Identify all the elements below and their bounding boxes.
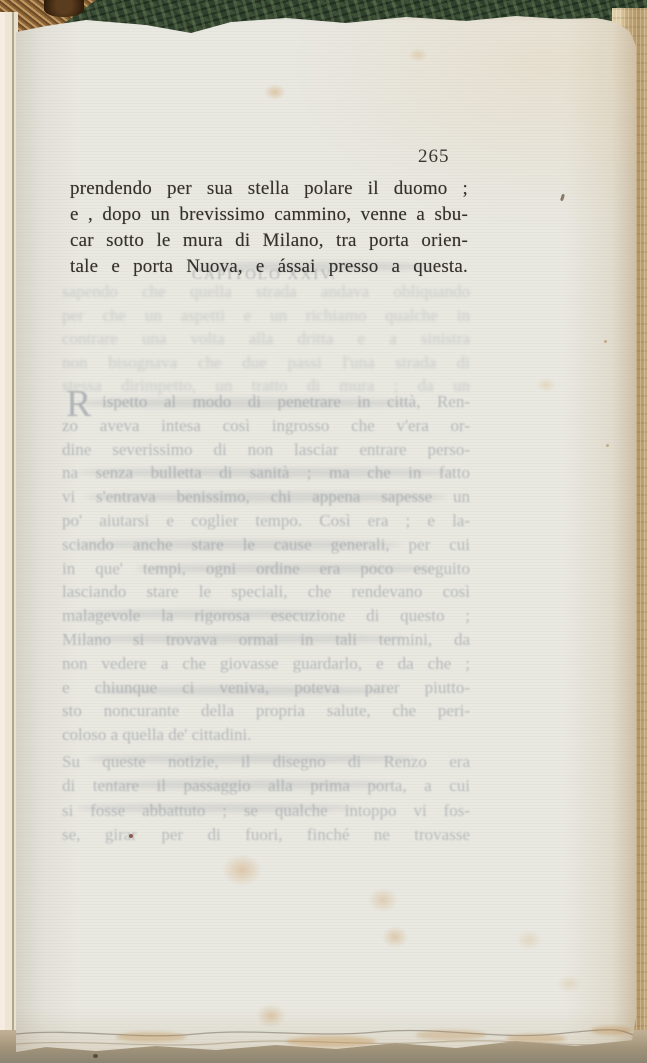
binding-stud bbox=[44, 0, 84, 17]
bleed-paragraph-2: Su queste notizie, il disegno di Renzo e… bbox=[62, 750, 470, 847]
body-text-line: tale e porta Nuova, e ássai presso a que… bbox=[70, 254, 468, 280]
bleed-line: di tentare il passaggio alla prima porta… bbox=[62, 774, 470, 798]
foxing-stain bbox=[116, 1032, 186, 1042]
bleed-line: ispetto al modo di penetrare in città, R… bbox=[62, 390, 470, 414]
page-stack-edge-left bbox=[0, 12, 18, 1063]
bleed-line: non bisognava che due passi l'una strada… bbox=[62, 351, 470, 375]
foxing-stain bbox=[591, 1026, 631, 1035]
bleed-line: si fosse abbattuto ; se qualche intoppo … bbox=[62, 799, 470, 823]
foxing-stain bbox=[556, 975, 582, 993]
bleed-line: contrare una volta alla dritta e a sinis… bbox=[62, 327, 470, 351]
bleed-line: coloso a quella de' cittadini. bbox=[62, 723, 470, 747]
bleed-line: se, girar per di fuori, finché ne trovas… bbox=[62, 823, 470, 847]
foxing-stain bbox=[516, 930, 542, 950]
bleed-line: sto noncurante della propria salute, che… bbox=[62, 699, 470, 723]
body-text: prendendo per sua stella polare il duomo… bbox=[70, 176, 468, 280]
bleed-line: in que' tempi, ogni ordine era poco eseg… bbox=[62, 557, 470, 581]
book-photo: CAPITOLO XXIV. sapendo che quella strada… bbox=[0, 0, 647, 1063]
foxing-stain bbox=[368, 888, 398, 912]
debris-speck bbox=[93, 1054, 98, 1058]
bleed-line: vi s'entrava benissimo, chi appena sapes… bbox=[62, 485, 470, 509]
bleed-paragraph-1: ispetto al modo di penetrare in città, R… bbox=[62, 390, 470, 747]
bleed-line: Milano si trovava ormai in tali termini,… bbox=[62, 628, 470, 652]
body-text-line: e , dopo un brevissimo cammino, venne a … bbox=[70, 202, 468, 228]
book-page: CAPITOLO XXIV. sapendo che quella strada… bbox=[16, 10, 636, 1054]
foxing-stain bbox=[408, 48, 428, 62]
bleed-line: malagevole la rigorosa esecuzione di que… bbox=[62, 604, 470, 628]
foxing-stain bbox=[286, 1036, 376, 1047]
foxing-stain bbox=[416, 1030, 486, 1040]
paper-fleck bbox=[604, 340, 607, 343]
bleed-line: zo aveva intesa così ingrosso che v'era … bbox=[62, 414, 470, 438]
foxing-stain bbox=[222, 854, 262, 886]
paper-fleck bbox=[606, 444, 609, 447]
bleed-line: lasciando stare le speciali, che rendeva… bbox=[62, 580, 470, 604]
page-number: 265 bbox=[418, 146, 478, 168]
bleed-line: na senza bulletta di sanità ; ma che in … bbox=[62, 461, 470, 485]
bleed-line: po' aiutarsi e coglier tempo. Così era ;… bbox=[62, 509, 470, 533]
body-text-line: car sotto le mura di Milano, tra porta o… bbox=[70, 228, 468, 254]
ink-fleck bbox=[129, 834, 133, 838]
foxing-stain bbox=[382, 926, 408, 948]
bleed-faint-block: sapendo che quella strada andava obliqua… bbox=[62, 280, 470, 398]
bleed-line: e chiunque ci veniva, poteva parer piutt… bbox=[62, 676, 470, 700]
foxing-stain bbox=[264, 84, 286, 100]
ink-fleck bbox=[560, 194, 565, 202]
foxing-stain bbox=[536, 378, 556, 392]
bleed-line: per che un aspetti e un richiamo qualche… bbox=[62, 304, 470, 328]
bleed-line: sciando anche stare le cause generali, p… bbox=[62, 533, 470, 557]
bleed-line: dine severissimo di non lasciar entrare … bbox=[62, 438, 470, 462]
body-text-line: prendendo per sua stella polare il duomo… bbox=[70, 176, 468, 202]
bleed-line: sapendo che quella strada andava obliqua… bbox=[62, 280, 470, 304]
bleed-line: non vedere a che giovasse guardarlo, e d… bbox=[62, 652, 470, 676]
bleed-line: Su queste notizie, il disegno di Renzo e… bbox=[62, 750, 470, 774]
